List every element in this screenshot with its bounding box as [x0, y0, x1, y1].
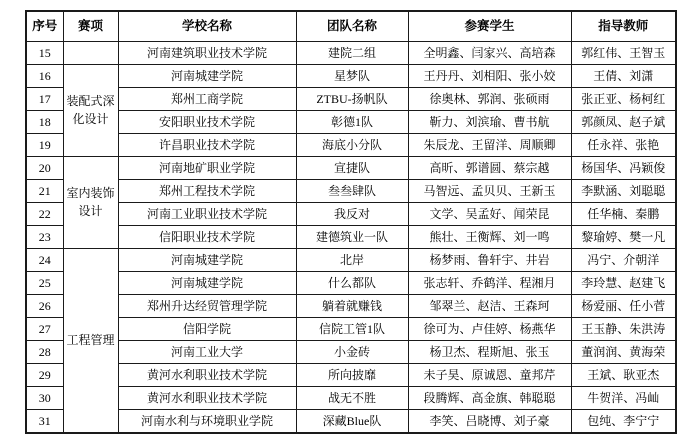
cell-instructors: 牛贺洋、冯屾 — [571, 387, 676, 410]
cell-school: 信阳职业技术学院 — [118, 226, 296, 249]
cell-students: 王丹丹、刘相阳、张小姣 — [408, 65, 571, 88]
cell-instructors: 郭颜凤、赵子斌 — [571, 111, 676, 134]
cell-school: 河南城建学院 — [118, 249, 296, 272]
cell-team: 海底小分队 — [296, 134, 408, 157]
cell-team: 建院二组 — [296, 42, 408, 65]
cell-number: 29 — [26, 364, 63, 387]
table-row: 28 河南工业大学 小金砖 杨卫杰、程斯旭、张玉 董润润、黄海荣 — [26, 341, 676, 364]
cell-instructors: 任华楠、秦鹏 — [571, 203, 676, 226]
cell-school: 黄河水利职业技术学院 — [118, 387, 296, 410]
cell-number: 16 — [26, 65, 63, 88]
cell-students: 全明鑫、闫家兴、高培森 — [408, 42, 571, 65]
competition-results-table: 序号 赛项 学校名称 团队名称 参赛学生 指导教师 15 河南建筑职业技术学院 … — [25, 10, 677, 434]
table-row: 30 黄河水利职业技术学院 战无不胜 段腾辉、高金旗、韩聪聪 牛贺洋、冯屾 — [26, 387, 676, 410]
cell-team: 信院工管1队 — [296, 318, 408, 341]
cell-instructors: 包纯、李宁宁 — [571, 410, 676, 434]
cell-instructors: 杨国华、冯颖俊 — [571, 157, 676, 180]
cell-school: 河南工业职业技术学院 — [118, 203, 296, 226]
cell-instructors: 黎瑜婷、樊一凡 — [571, 226, 676, 249]
cell-students: 杨梦雨、鲁轩宇、井岩 — [408, 249, 571, 272]
table-row: 29 黄河水利职业技术学院 所向披靡 未子昊、原诚恩、童邦芹 王斌、耿亚杰 — [26, 364, 676, 387]
cell-number: 31 — [26, 410, 63, 434]
cell-team: 躺着就赚钱 — [296, 295, 408, 318]
cell-number: 24 — [26, 249, 63, 272]
cell-students: 朱辰龙、王留洋、周顺卿 — [408, 134, 571, 157]
col-header-team: 团队名称 — [296, 11, 408, 42]
cell-number: 17 — [26, 88, 63, 111]
table-row: 17 郑州工商学院 ZTBU-扬帆队 徐奥林、郭润、张硕雨 张正亚、杨柯红 — [26, 88, 676, 111]
col-header-students: 参赛学生 — [408, 11, 571, 42]
cell-school: 河南水利与环境职业学院 — [118, 410, 296, 434]
cell-school: 河南城建学院 — [118, 65, 296, 88]
table-row: 19 许昌职业技术学院 海底小分队 朱辰龙、王留洋、周顺卿 任永祥、张艳 — [26, 134, 676, 157]
table-row: 23 信阳职业技术学院 建德筑业一队 熊壮、王衡辉、刘一鸣 黎瑜婷、樊一凡 — [26, 226, 676, 249]
cell-team: 小金砖 — [296, 341, 408, 364]
cell-school: 黄河水利职业技术学院 — [118, 364, 296, 387]
cell-instructors: 王斌、耿亚杰 — [571, 364, 676, 387]
cell-number: 20 — [26, 157, 63, 180]
table-row: 21 郑州工程技术学院 叁叁肆队 马智远、孟贝贝、王新玉 李默涵、刘聪聪 — [26, 180, 676, 203]
cell-team: 我反对 — [296, 203, 408, 226]
cell-students: 马智远、孟贝贝、王新玉 — [408, 180, 571, 203]
cell-number: 26 — [26, 295, 63, 318]
cell-students: 熊壮、王衡辉、刘一鸣 — [408, 226, 571, 249]
cell-team: 彰德1队 — [296, 111, 408, 134]
cell-school: 河南地矿职业学院 — [118, 157, 296, 180]
cell-school: 郑州工商学院 — [118, 88, 296, 111]
cell-number: 22 — [26, 203, 63, 226]
cell-number: 30 — [26, 387, 63, 410]
cell-school: 郑州升达经贸管理学院 — [118, 295, 296, 318]
cell-students: 张志轩、乔鹤洋、程湘月 — [408, 272, 571, 295]
cell-team: 叁叁肆队 — [296, 180, 408, 203]
cell-category-engineering-management: 工程管理 — [63, 249, 118, 434]
cell-team: 战无不胜 — [296, 387, 408, 410]
document-page: 序号 赛项 学校名称 团队名称 参赛学生 指导教师 15 河南建筑职业技术学院 … — [0, 0, 700, 447]
cell-team: 什么都队 — [296, 272, 408, 295]
table-row: 26 郑州升达经贸管理学院 躺着就赚钱 邹翠兰、赵洁、王森珂 杨爱丽、任小菅 — [26, 295, 676, 318]
col-header-instructors: 指导教师 — [571, 11, 676, 42]
cell-instructors: 王玉静、朱洪涛 — [571, 318, 676, 341]
table-row: 31 河南水利与环境职业学院 深藏Blue队 李笑、吕晓博、刘子豪 包纯、李宁宁 — [26, 410, 676, 434]
cell-students: 靳力、刘滨瑜、曹书航 — [408, 111, 571, 134]
cell-students: 邹翠兰、赵洁、王森珂 — [408, 295, 571, 318]
cell-students: 徐可为、卢佳婷、杨燕华 — [408, 318, 571, 341]
col-header-number: 序号 — [26, 11, 63, 42]
cell-team: ZTBU-扬帆队 — [296, 88, 408, 111]
cell-instructors: 杨爱丽、任小菅 — [571, 295, 676, 318]
cell-students: 段腾辉、高金旗、韩聪聪 — [408, 387, 571, 410]
cell-number: 23 — [26, 226, 63, 249]
table-row: 27 信阳学院 信院工管1队 徐可为、卢佳婷、杨燕华 王玉静、朱洪涛 — [26, 318, 676, 341]
cell-number: 18 — [26, 111, 63, 134]
cell-school: 安阳职业技术学院 — [118, 111, 296, 134]
cell-number: 19 — [26, 134, 63, 157]
col-header-school: 学校名称 — [118, 11, 296, 42]
table-row: 25 河南城建学院 什么都队 张志轩、乔鹤洋、程湘月 李玲慧、赵建飞 — [26, 272, 676, 295]
header-row: 序号 赛项 学校名称 团队名称 参赛学生 指导教师 — [26, 11, 676, 42]
cell-team: 建德筑业一队 — [296, 226, 408, 249]
table-row: 15 河南建筑职业技术学院 建院二组 全明鑫、闫家兴、高培森 郭红伟、王智玉 — [26, 42, 676, 65]
cell-number: 27 — [26, 318, 63, 341]
cell-school: 郑州工程技术学院 — [118, 180, 296, 203]
cell-school: 河南工业大学 — [118, 341, 296, 364]
cell-number: 28 — [26, 341, 63, 364]
cell-school: 河南建筑职业技术学院 — [118, 42, 296, 65]
cell-instructors: 冯宁、介朝洋 — [571, 249, 676, 272]
cell-category-assembly-design: 装配式深化设计 — [63, 65, 118, 157]
cell-number: 21 — [26, 180, 63, 203]
cell-team: 所向披靡 — [296, 364, 408, 387]
cell-category-blank — [63, 42, 118, 65]
cell-instructors: 王倩、刘潇 — [571, 65, 676, 88]
cell-number: 15 — [26, 42, 63, 65]
table-row: 16 装配式深化设计 河南城建学院 星梦队 王丹丹、刘相阳、张小姣 王倩、刘潇 — [26, 65, 676, 88]
cell-team: 星梦队 — [296, 65, 408, 88]
cell-instructors: 李玲慧、赵建飞 — [571, 272, 676, 295]
cell-school: 河南城建学院 — [118, 272, 296, 295]
cell-students: 杨卫杰、程斯旭、张玉 — [408, 341, 571, 364]
cell-school: 许昌职业技术学院 — [118, 134, 296, 157]
cell-students: 文学、吴孟好、闻荣昆 — [408, 203, 571, 226]
cell-instructors: 李默涵、刘聪聪 — [571, 180, 676, 203]
cell-instructors: 张正亚、杨柯红 — [571, 88, 676, 111]
cell-team: 深藏Blue队 — [296, 410, 408, 434]
cell-category-interior-design: 室内装饰设计 — [63, 157, 118, 249]
table-row: 22 河南工业职业技术学院 我反对 文学、吴孟好、闻荣昆 任华楠、秦鹏 — [26, 203, 676, 226]
table-row: 24 工程管理 河南城建学院 北岸 杨梦雨、鲁轩宇、井岩 冯宁、介朝洋 — [26, 249, 676, 272]
cell-team: 北岸 — [296, 249, 408, 272]
col-header-category: 赛项 — [63, 11, 118, 42]
cell-students: 未子昊、原诚恩、童邦芹 — [408, 364, 571, 387]
cell-students: 徐奥林、郭润、张硕雨 — [408, 88, 571, 111]
cell-instructors: 任永祥、张艳 — [571, 134, 676, 157]
cell-students: 李笑、吕晓博、刘子豪 — [408, 410, 571, 434]
table-row: 18 安阳职业技术学院 彰德1队 靳力、刘滨瑜、曹书航 郭颜凤、赵子斌 — [26, 111, 676, 134]
table-row: 20 室内装饰设计 河南地矿职业学院 宣捷队 高昕、郭谱圆、蔡宗越 杨国华、冯颖… — [26, 157, 676, 180]
cell-instructors: 董润润、黄海荣 — [571, 341, 676, 364]
cell-students: 高昕、郭谱圆、蔡宗越 — [408, 157, 571, 180]
cell-number: 25 — [26, 272, 63, 295]
cell-school: 信阳学院 — [118, 318, 296, 341]
cell-instructors: 郭红伟、王智玉 — [571, 42, 676, 65]
cell-team: 宣捷队 — [296, 157, 408, 180]
